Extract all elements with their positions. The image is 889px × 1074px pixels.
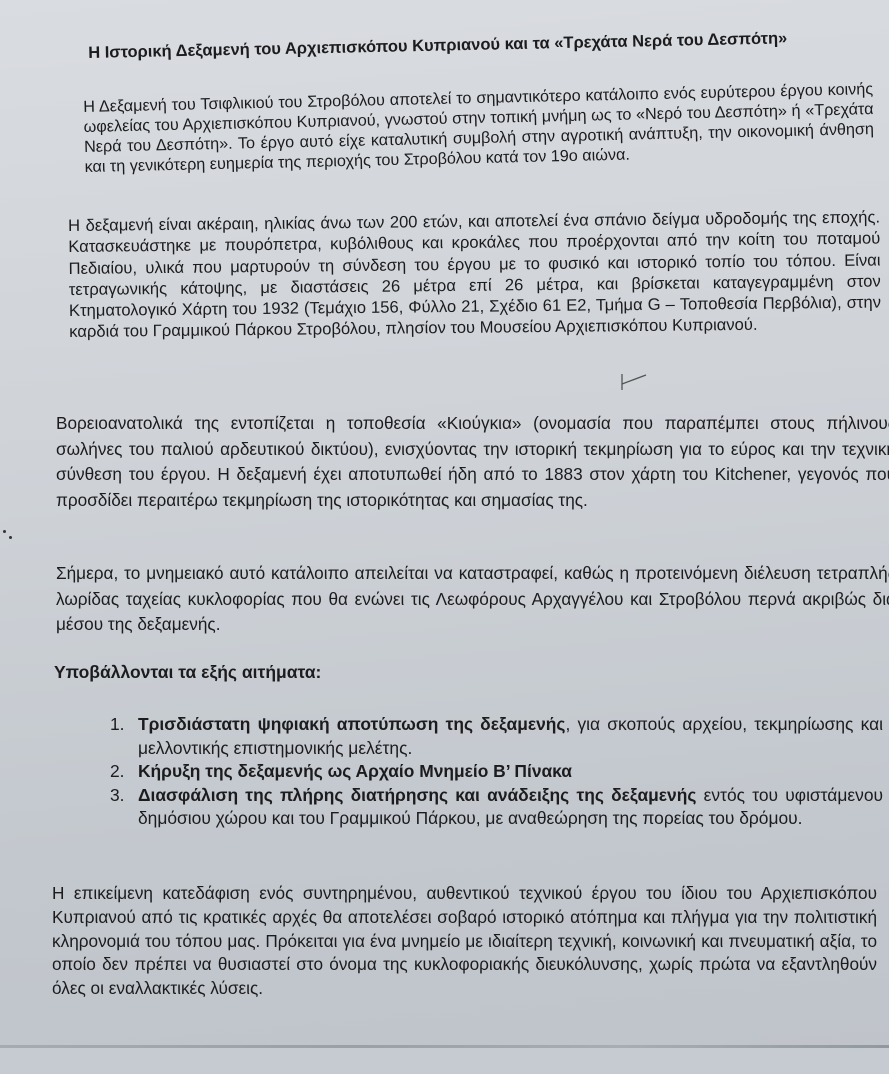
printed-page: Η Ιστορική Δεξαμενή του Αρχιεπισκόπου Κυ… — [0, 0, 889, 1045]
document-title: Η Ιστορική Δεξαμενή του Αρχιεπισκόπου Κυ… — [88, 25, 878, 64]
request-number: 1. — [110, 713, 138, 760]
paragraph-intro: Η Δεξαμενή του Τσιφλικιού του Στροβόλου … — [83, 79, 875, 177]
request-number: 3. — [110, 784, 138, 831]
requests-list: 1. Τρισδιάστατη ψηφιακή αποτύπωση της δε… — [110, 713, 883, 831]
request-bold-text: Τρισδιάστατη ψηφιακή αποτύπωση της δεξαμ… — [138, 714, 565, 734]
paragraph-description: Η δεξαμενή είναι ακέραιη, ηλικίας άνω τω… — [68, 206, 881, 342]
paper-lower-fold — [0, 1048, 889, 1074]
request-item: 1. Τρισδιάστατη ψηφιακή αποτύπωση της δε… — [110, 713, 883, 760]
request-number: 2. — [110, 760, 138, 784]
handwritten-check-mark — [620, 372, 650, 392]
request-item: 2. Κήρυξη της δεξαμενής ως Αρχαίο Μνημεί… — [110, 760, 883, 784]
paragraph-threat: Σήμερα, το μνημειακό αυτό κατάλοιπο απει… — [56, 561, 889, 638]
requests-heading: Υποβάλλονται τα εξής αιτήματα: — [54, 662, 321, 683]
request-bold-text: Κήρυξη της δεξαμενής ως Αρχαίο Μνημείο Β… — [138, 761, 572, 781]
request-bold-text: Διασφάλιση της πλήρης διατήρησης και ανά… — [138, 785, 696, 805]
ink-speck — [9, 536, 12, 539]
paragraph-kiougkia: Βορειοανατολικά της εντοπίζεται η τοποθε… — [56, 411, 889, 513]
paragraph-closing: Η επικείμενη κατεδάφιση ενός συντηρημένο… — [52, 882, 877, 1001]
request-item: 3. Διασφάλιση της πλήρης διατήρησης και … — [110, 784, 883, 831]
ink-speck — [3, 530, 6, 533]
